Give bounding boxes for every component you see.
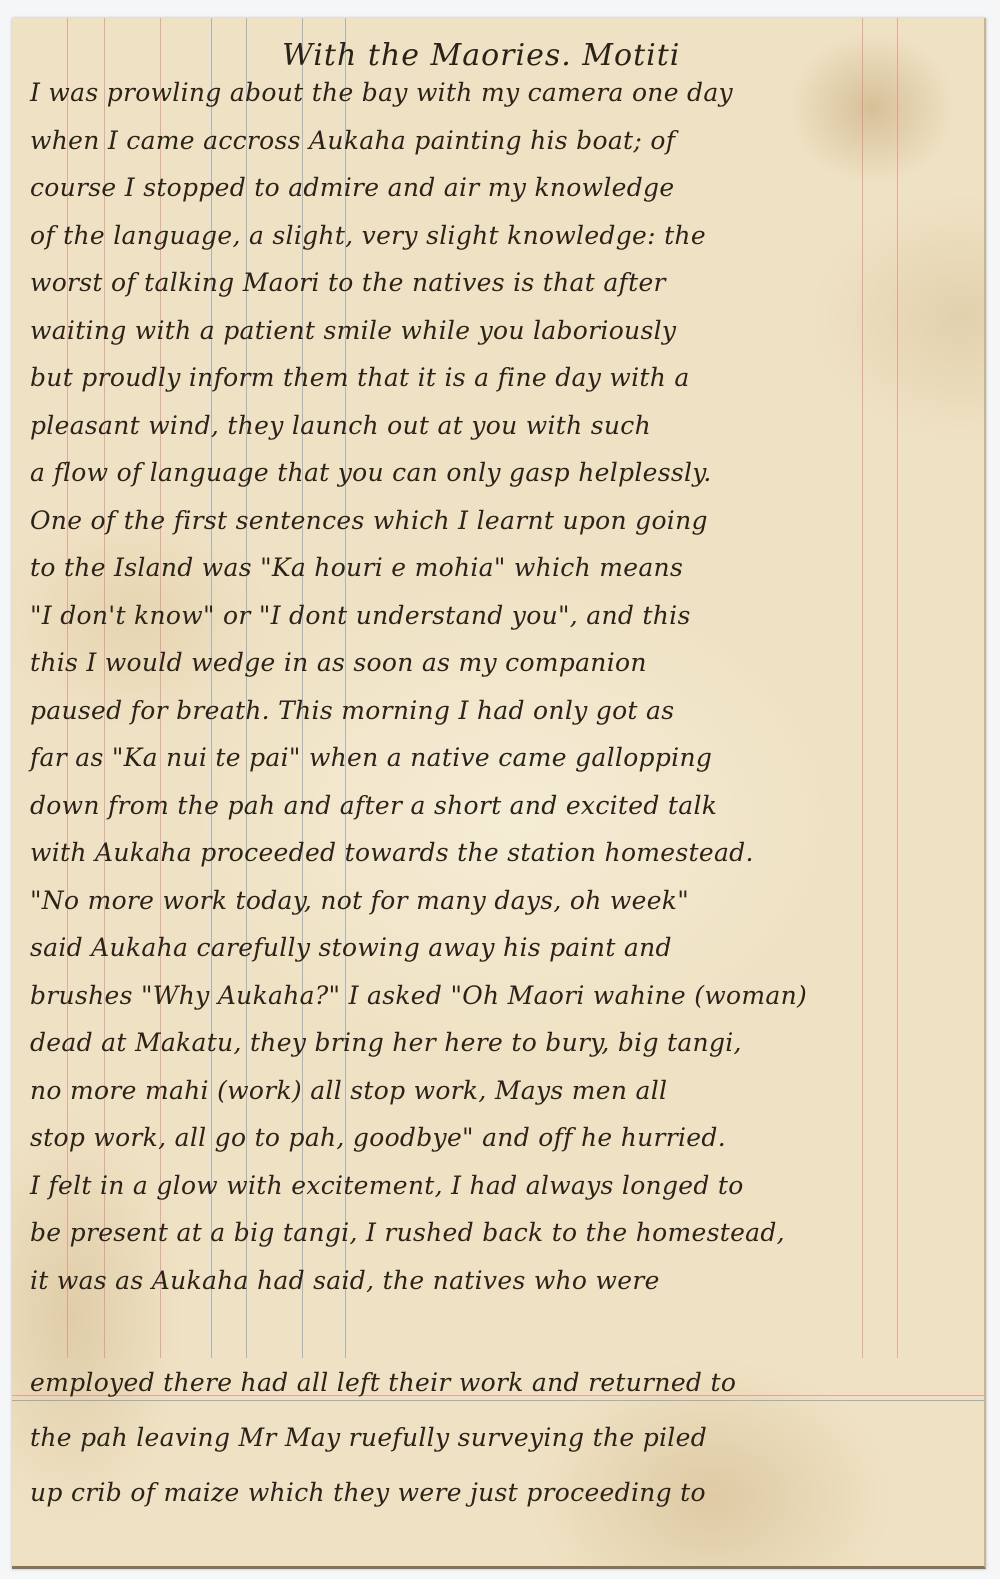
margin-line (862, 18, 863, 1358)
ruled-line (345, 18, 346, 1358)
text-line: of the language, a slight, very slight k… (30, 221, 706, 250)
page-title: With the Maories. Motiti (282, 38, 680, 73)
margin-line (67, 18, 68, 1358)
text-line: this I would wedge in as soon as my comp… (30, 648, 647, 677)
text-line: the pah leaving Mr May ruefully surveyin… (30, 1423, 707, 1452)
text-line: pleasant wind, they launch out at you wi… (30, 411, 651, 440)
text-line: paused for breath. This morning I had on… (30, 696, 674, 725)
text-line: to the Island was "Ka houri e mohia" whi… (30, 553, 683, 582)
text-line: no more mahi (work) all stop work, Mays … (30, 1076, 667, 1105)
text-line: I felt in a glow with excitement, I had … (30, 1171, 744, 1200)
margin-line (160, 18, 161, 1358)
margin-line (897, 18, 898, 1358)
text-line: worst of talking Maori to the natives is… (30, 268, 666, 297)
text-line: stop work, all go to pah, goodbye" and o… (30, 1123, 726, 1152)
text-line: brushes "Why Aukaha?" I asked "Oh Maori … (30, 981, 807, 1010)
margin-line (104, 18, 105, 1358)
text-line: dead at Makatu, they bring her here to b… (30, 1028, 742, 1057)
text-line: up crib of maize which they were just pr… (30, 1478, 706, 1507)
text-line: said Aukaha carefully stowing away his p… (30, 933, 672, 962)
ruled-line (246, 18, 247, 1358)
text-line: be present at a big tangi, I rushed back… (30, 1218, 785, 1247)
text-line: it was as Aukaha had said, the natives w… (30, 1266, 660, 1295)
text-line: far as "Ka nui te pai" when a native cam… (30, 743, 712, 772)
ruled-line (302, 18, 303, 1358)
text-line: when I came accross Aukaha painting his … (30, 126, 675, 155)
text-line: with Aukaha proceeded towards the statio… (30, 838, 754, 867)
text-line: I was prowling about the bay with my cam… (30, 78, 733, 107)
ruled-line (211, 18, 212, 1358)
text-line: employed there had all left their work a… (30, 1368, 736, 1397)
text-line: "No more work today, not for many days, … (30, 886, 689, 915)
text-line: waiting with a patient smile while you l… (30, 316, 676, 345)
text-line: but proudly inform them that it is a fin… (30, 363, 690, 392)
manuscript-page: With the Maories. Motiti I was prowling … (12, 18, 986, 1569)
text-line: down from the pah and after a short and … (30, 791, 717, 820)
text-line: course I stopped to admire and air my kn… (30, 173, 674, 202)
text-line: "I don't know" or "I dont understand you… (30, 601, 691, 630)
text-line: One of the first sentences which I learn… (30, 506, 708, 535)
text-line: a flow of language that you can only gas… (30, 458, 712, 487)
